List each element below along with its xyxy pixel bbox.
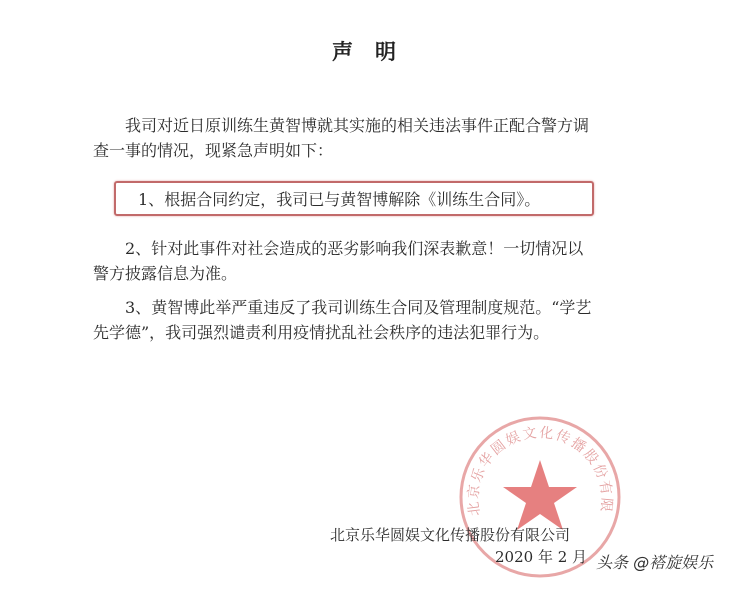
item-1: 1、根据合同约定，我司已与黄智博解除《训练生合同》。	[138, 187, 540, 210]
item-2-number: 2、	[125, 239, 151, 258]
item-1-number: 1、	[138, 190, 164, 209]
item-3: 3、黄智博此举严重违反了我司训练生合同及管理制度规范。“学艺先学德”，我司强烈谴…	[93, 295, 593, 345]
item-2-text: 针对此事件对社会造成的恶劣影响我们深表歉意！一切情况以警方披露信息为准。	[93, 239, 583, 283]
highlight-box: 1、根据合同约定，我司已与黄智博解除《训练生合同》。	[114, 181, 594, 216]
date: 2020 年 2 月	[495, 546, 587, 567]
star-icon	[503, 460, 577, 530]
company-name: 北京乐华圆娱文化传播股份有限公司	[330, 524, 570, 545]
item-2: 2、针对此事件对社会造成的恶劣影响我们深表歉意！一切情况以警方披露信息为准。	[93, 236, 593, 286]
page-title: 声明	[0, 36, 750, 66]
item-1-text: 根据合同约定，我司已与黄智博解除《训练生合同》。	[164, 190, 540, 209]
watermark: 头条 @褡旋娱乐	[596, 550, 713, 573]
intro-paragraph: 我司对近日原训练生黄智博就其实施的相关违法事件正配合警方调查一事的情况，现紧急声…	[93, 113, 593, 163]
item-3-number: 3、	[125, 298, 151, 317]
item-3-text: 黄智博此举严重违反了我司训练生合同及管理制度规范。“学艺先学德”，我司强烈谴责利…	[93, 298, 591, 342]
